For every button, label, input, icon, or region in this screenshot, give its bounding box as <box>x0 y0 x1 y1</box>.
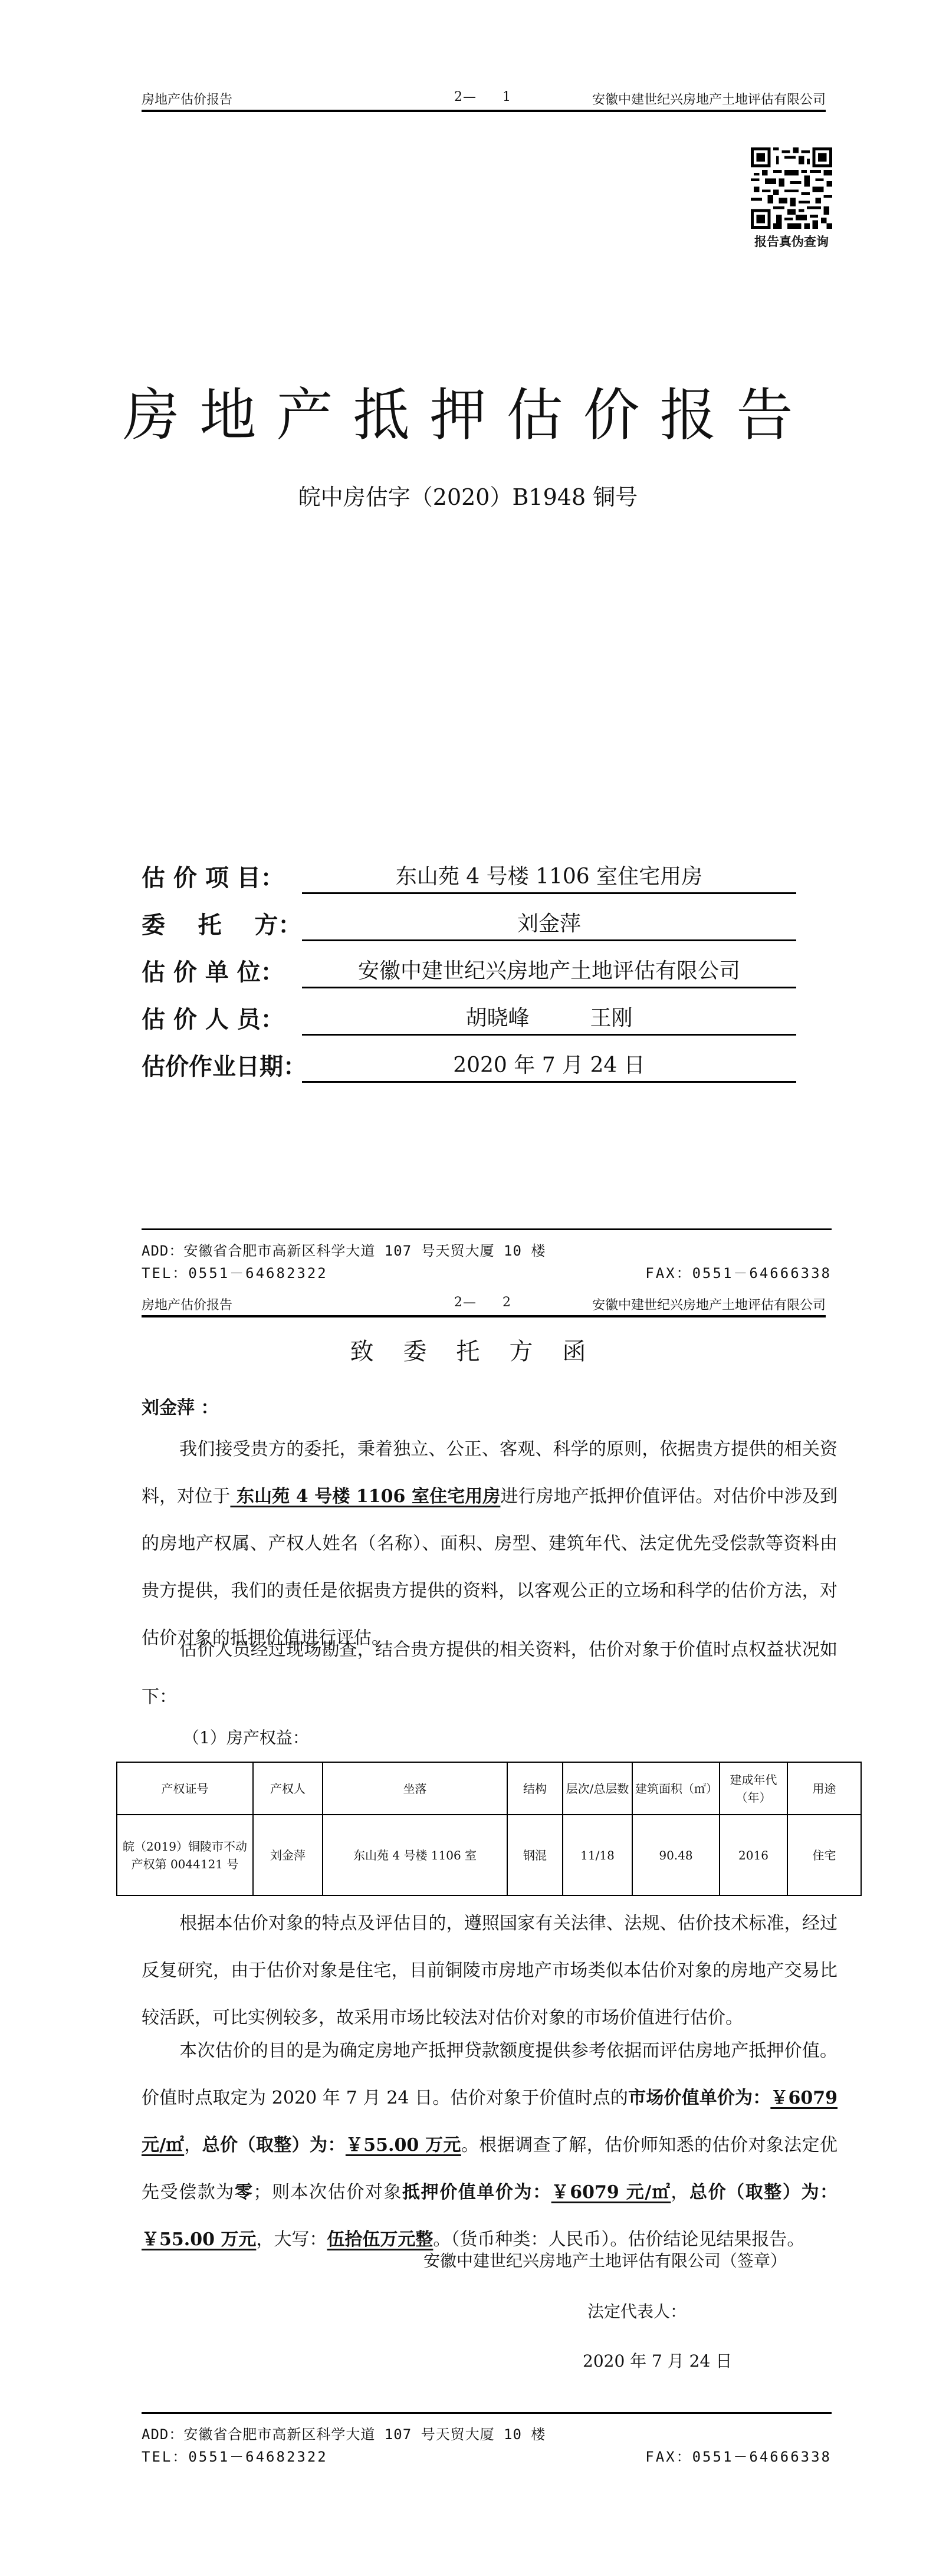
footer-tel: TEL：0551－64682322 <box>142 1261 328 1282</box>
signature-date: 2020 年 7 月 24 日 <box>583 2348 732 2372</box>
mortgage-unit-label: 抵押价值单价为： <box>402 2182 551 2203</box>
col-usage: 用途 <box>787 1762 861 1815</box>
report-number: 皖中房估字（2020）B1948 铜号 <box>0 479 936 511</box>
appraisal-subject: 东山苑 4 号楼 1106 室住宅用房 <box>230 1486 500 1507</box>
col-structure: 结构 <box>507 1762 563 1815</box>
col-owner: 产权人 <box>253 1762 323 1815</box>
footer-address: ADD：安徽省合肥市高新区科学大道 107 号天贸大厦 10 楼 <box>142 2423 546 2443</box>
field-appraisers: 估 价 人 员： 胡晓峰 王刚 <box>142 1003 796 1038</box>
field-appraisal-firm: 估 价 单 位： 安徽中建世纪兴房地产土地评估有限公司 <box>142 955 796 991</box>
cell-cert-no: 皖（2019）铜陵市不动产权第 0044121 号 <box>117 1815 253 1895</box>
field-label: 估 价 单 位： <box>142 954 284 987</box>
capital-amount: 伍拾伍万元整 <box>327 2229 433 2250</box>
field-label: 估 价 项 目： <box>142 859 284 893</box>
header-company: 安徽中建世纪兴房地产土地评估有限公司 <box>592 1295 826 1313</box>
field-value: 刘金萍 <box>302 909 796 941</box>
page-number: 2—1 <box>454 90 511 104</box>
letter-paragraph-4: 本次估价的目的是为确定房地产抵押贷款额度提供参考依据而评估房地产抵押价值。价值时… <box>142 2028 838 2263</box>
col-year-built: 建成年代（年） <box>720 1762 787 1815</box>
col-area: 建筑面积（㎡） <box>632 1762 720 1815</box>
letter-salutation: 刘金萍 ： <box>142 1393 218 1419</box>
footer-address: ADD：安徽省合肥市高新区科学大道 107 号天贸大厦 10 楼 <box>142 1239 546 1260</box>
cell-year-built: 2016 <box>720 1815 787 1895</box>
mortgage-total-value: ￥55.00 万元 <box>142 2229 256 2250</box>
cell-structure: 钢混 <box>507 1815 563 1895</box>
market-total-value: ￥55.00 万元 <box>346 2135 461 2156</box>
header-report-type: 房地产估价报告 <box>142 1295 232 1313</box>
footer-rule <box>142 2412 832 2414</box>
signature-company: 安徽中建世纪兴房地产土地评估有限公司（签章） <box>423 2248 787 2272</box>
cell-owner: 刘金萍 <box>253 1815 323 1895</box>
mortgage-total-label: 总价（取整）为： <box>689 2182 838 2203</box>
field-label: 估 价 人 员： <box>142 1001 284 1034</box>
field-client: 委 托 方： 刘金萍 <box>142 908 796 944</box>
cell-usage: 住宅 <box>787 1815 861 1895</box>
section-property-rights: （1）房产权益： <box>183 1725 309 1749</box>
page-number: 2—2 <box>454 1295 511 1310</box>
mortgage-unit-value: ￥6079 元/㎡ <box>551 2182 671 2203</box>
footer-fax: FAX：0551－64666338 <box>645 2445 832 2466</box>
col-cert-no: 产权证号 <box>117 1762 253 1815</box>
letter-paragraph-2: 估价人员经过现场勘查，结合贵方提供的相关资料，估价对象于价值时点权益状况如下： <box>142 1627 838 1721</box>
field-appraisal-project: 估 价 项 目： 东山苑 4 号楼 1106 室住宅用房 <box>142 861 796 896</box>
field-value: 胡晓峰 王刚 <box>302 1003 796 1036</box>
page-header-1: 房地产估价报告 2—1 安徽中建世纪兴房地产土地评估有限公司 <box>142 90 826 113</box>
qr-verify-label: 报告真伪查询 <box>744 232 839 250</box>
col-location: 坐落 <box>323 1762 507 1815</box>
priority-payment-value: 零 <box>235 2182 254 2203</box>
field-value: 2020 年 7 月 24 日 <box>302 1050 796 1083</box>
header-rule <box>142 1315 826 1317</box>
signature-legal-rep: 法定代表人： <box>587 2299 687 2322</box>
cell-area: 90.48 <box>632 1815 720 1895</box>
field-label: 委 托 方： <box>142 906 301 940</box>
letter-paragraph-3: 根据本估价对象的特点及评估目的，遵照国家有关法律、法规、估价技术标准，经过反复研… <box>142 1900 838 2042</box>
footer-fax: FAX：0551－64666338 <box>645 1261 832 1282</box>
field-label: 估价作业日期： <box>142 1048 307 1082</box>
col-floor: 层次/总层数 <box>563 1762 632 1815</box>
letter-title: 致委托方函 <box>0 1333 936 1366</box>
market-total-label: 总价（取整）为： <box>202 2135 346 2156</box>
field-value: 东山苑 4 号楼 1106 室住宅用房 <box>302 862 796 894</box>
property-rights-table: 产权证号 产权人 坐落 结构 层次/总层数 建筑面积（㎡） 建成年代（年） 用途… <box>116 1762 862 1896</box>
footer-tel: TEL：0551－64682322 <box>142 2445 328 2466</box>
table-header-row: 产权证号 产权人 坐落 结构 层次/总层数 建筑面积（㎡） 建成年代（年） 用途 <box>117 1762 861 1815</box>
header-rule <box>142 110 826 112</box>
footer-rule <box>142 1228 832 1230</box>
header-report-type: 房地产估价报告 <box>142 90 232 108</box>
cell-location: 东山苑 4 号楼 1106 室 <box>323 1815 507 1895</box>
cell-floor: 11/18 <box>563 1815 632 1895</box>
page-header-2: 房地产估价报告 2—2 安徽中建世纪兴房地产土地评估有限公司 <box>142 1295 826 1319</box>
field-work-date: 估价作业日期： 2020 年 7 月 24 日 <box>142 1050 796 1085</box>
table-row: 皖（2019）铜陵市不动产权第 0044121 号 刘金萍 东山苑 4 号楼 1… <box>117 1815 861 1895</box>
field-value: 安徽中建世纪兴房地产土地评估有限公司 <box>302 956 796 988</box>
qr-code-icon[interactable] <box>751 147 832 229</box>
header-company: 安徽中建世纪兴房地产土地评估有限公司 <box>592 90 826 108</box>
report-title: 房地产抵押估价报告 <box>0 370 936 451</box>
market-unit-label: 市场价值单价为： <box>628 2088 770 2108</box>
